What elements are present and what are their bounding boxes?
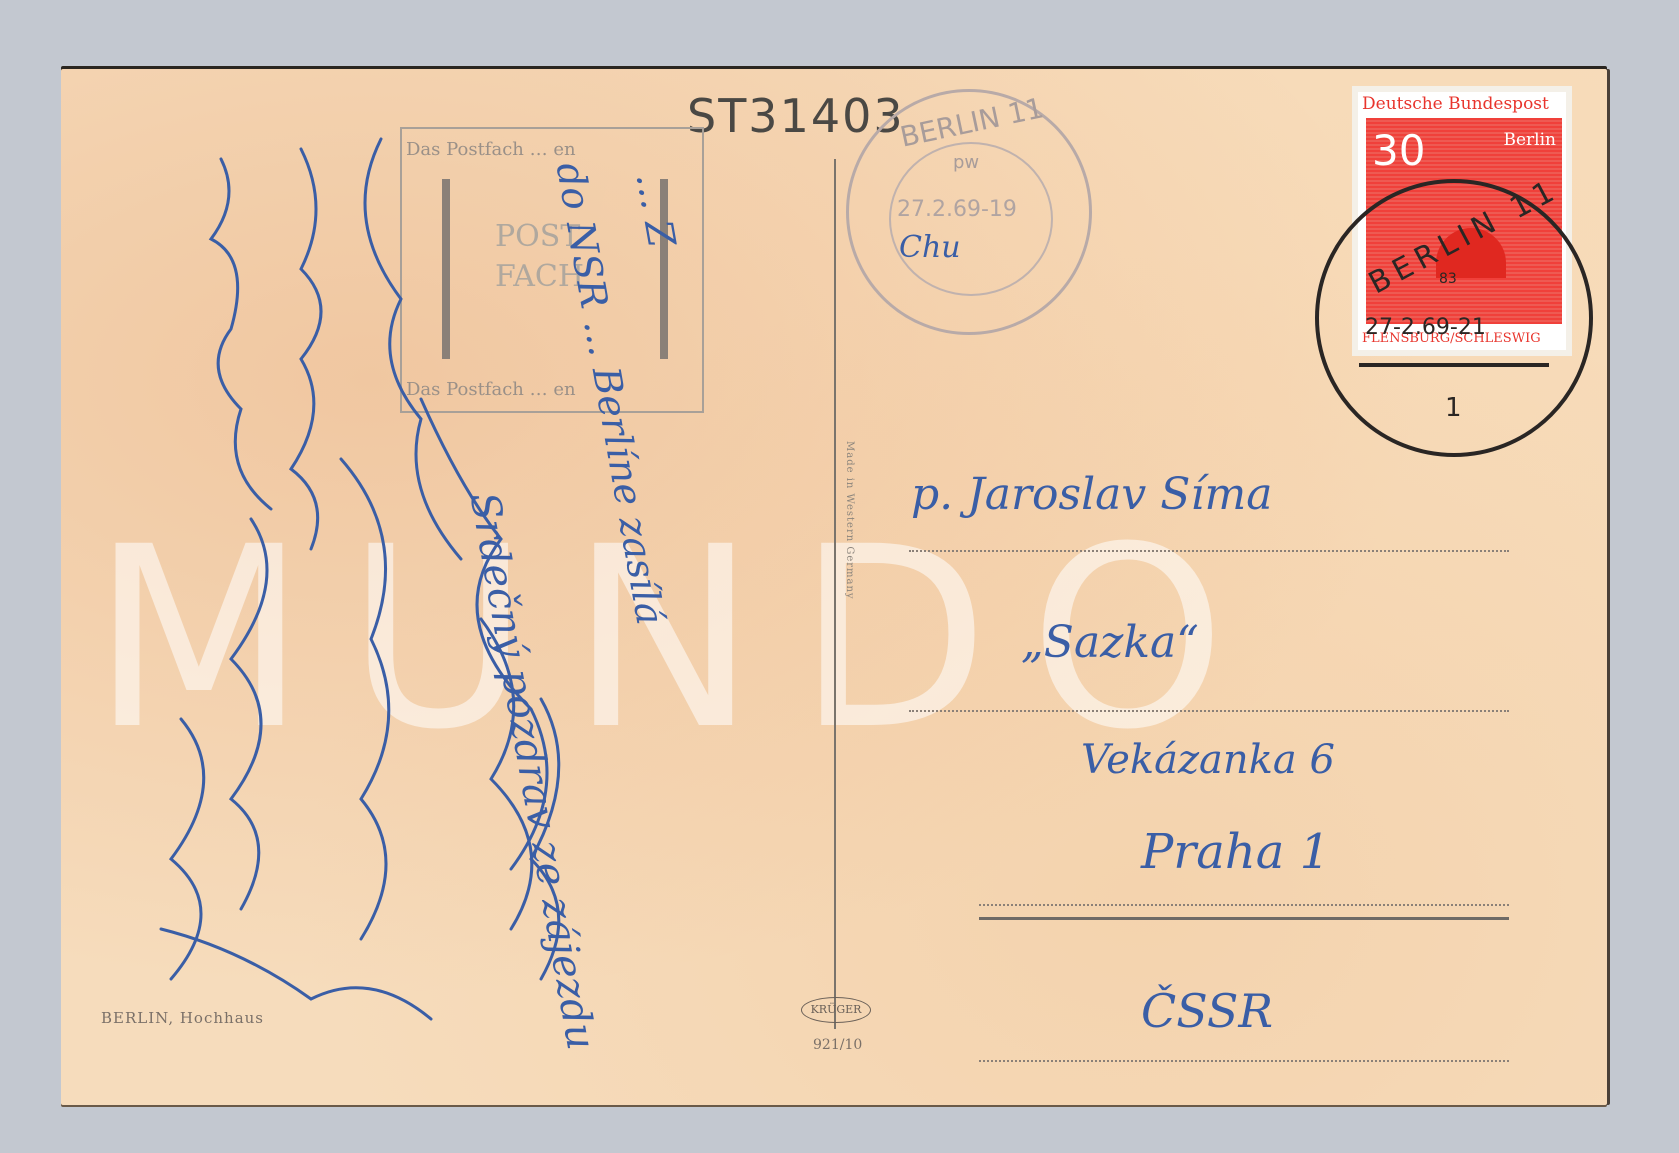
address-city: Praha 1	[1141, 824, 1330, 880]
address-line-3	[979, 904, 1509, 906]
postmark-black-date: 27-2.69-21	[1365, 315, 1486, 340]
address-org: „Sazka“	[1021, 617, 1199, 668]
postmark-initials: Chu	[899, 230, 961, 265]
postmark-grey-date: 27.2.69-19	[897, 197, 1017, 222]
publisher-logo: KRÜGER	[801, 997, 871, 1023]
postmark-black-bar	[1359, 363, 1549, 367]
stamp-city: Berlin	[1503, 130, 1556, 150]
address-recipient: p. Jaroslav Síma	[911, 469, 1272, 520]
address-line-1	[909, 550, 1509, 552]
publisher-number: 921/10	[813, 1037, 862, 1053]
address-solid-line	[979, 917, 1509, 920]
signatures	[101, 99, 841, 1099]
photo-caption: BERLIN, Hochhaus	[101, 1009, 264, 1027]
address-line-2	[909, 710, 1509, 712]
stamp-value: 30	[1372, 126, 1425, 175]
address-street: Vekázanka 6	[1081, 737, 1335, 783]
postmark-black: BERLIN 11 83 27-2.69-21 1	[1315, 179, 1593, 457]
postmark-grey: BERLIN 11 pw 27.2.69-19 Chu	[846, 89, 1092, 335]
postmark-black-number: 1	[1445, 393, 1462, 423]
postcard: MUNDO ST31403 Das Postfach … en POST FAC…	[61, 69, 1607, 1105]
postmark-black-code: 83	[1439, 271, 1457, 287]
address-country: ČSSR	[1141, 984, 1273, 1038]
address-line-4	[979, 1060, 1509, 1062]
stamp-issuer: Deutsche Bundespost	[1362, 94, 1564, 114]
postmark-grey-code: pw	[953, 152, 979, 173]
